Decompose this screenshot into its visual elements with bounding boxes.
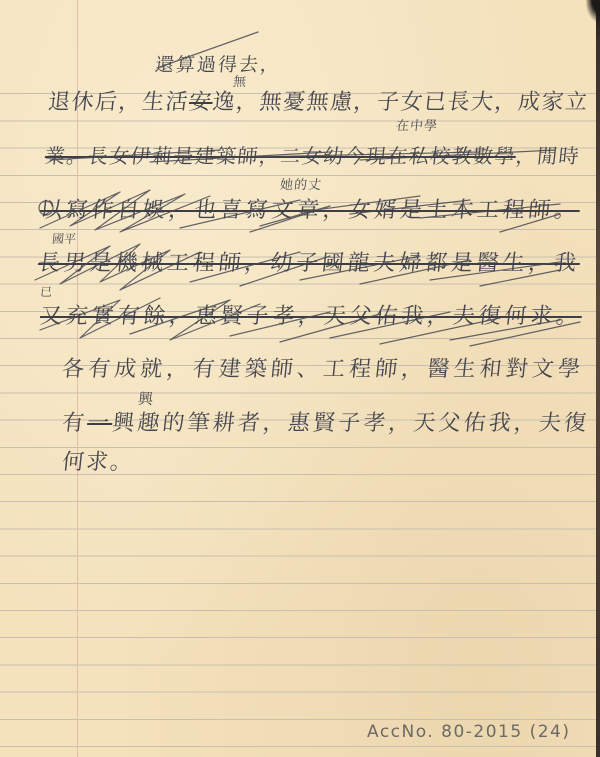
text-line-2: 業。長女伊莉是建築師，二女幼今現在私校教數學，閒時: [44, 146, 581, 166]
scan-corner-shadow: [586, 0, 600, 22]
scan-edge: [596, 0, 600, 757]
text-segment: 有: [61, 411, 89, 436]
crossed-out-title-line: 還算過得去，: [154, 56, 282, 75]
text-segment: 各有成就，有建築師、工程師，醫生和對文學: [61, 357, 586, 382]
text-line-1: 退休后，生活安逸，無憂無慮，子女已長大，成家立: [47, 92, 590, 114]
text-line-5: 又充實有餘，惠賢子孝，天父佑我，夫復何求。: [39, 306, 583, 328]
struck-text: 長男是機械工程師，幼子國龍夫婦都是醫生，我: [37, 251, 581, 276]
manuscript-page: 還算過得去， 退休后，生活安逸，無憂無慮，子女已長大，成家立 業。長女伊莉是建築…: [0, 0, 600, 757]
text-line-3: 以寫作自娛，也喜寫文章，女婿是土木工程師。: [39, 200, 581, 222]
text-line-6: 各有成就，有建築師、工程師，醫生和對文學: [61, 359, 585, 381]
insertion-annotation: 興: [137, 392, 154, 407]
struck-text: 以寫作自娛，也喜寫文章，女婿是土木工程師。: [39, 198, 581, 223]
text-segment: 興趣的筆耕者，惠賢子孝，天父佑我，夫復: [111, 411, 591, 436]
insertion-annotation: 已: [39, 286, 52, 298]
text-line-8: 何求。: [61, 452, 135, 474]
text-segment: ，閒時: [515, 144, 582, 168]
insertion-annotation: 國平: [51, 233, 76, 245]
struck-text: 安: [188, 90, 214, 115]
text-line-7: 有一興趣的筆耕者，惠賢子孝，天父佑我，夫復: [61, 413, 590, 435]
insertion-annotation: 她的丈: [279, 179, 322, 192]
text-line-4: 長男是機械工程師，幼子國龍夫婦都是醫生，我: [37, 253, 581, 275]
text-segment: ，: [259, 54, 282, 76]
text-segment: 何求。: [61, 450, 136, 475]
struck-text: 業。長女伊莉是建築師，二女幼今現在私校教數學: [44, 144, 517, 168]
insertion-annotation: 在中學: [395, 120, 438, 133]
struck-text: 又充實有餘，惠賢子孝，天父佑我，夫復何求。: [39, 304, 583, 329]
text-segment: 逸，無憂無慮，子女已長大，成家立: [211, 90, 590, 115]
accession-number-label: AccNo. 80-2015 (24): [367, 722, 570, 742]
struck-text: 還算過得去: [154, 54, 261, 76]
insertion-annotation: 無: [232, 76, 246, 89]
struck-text: 一: [86, 411, 114, 436]
text-segment: 退休后，生活: [47, 90, 191, 115]
